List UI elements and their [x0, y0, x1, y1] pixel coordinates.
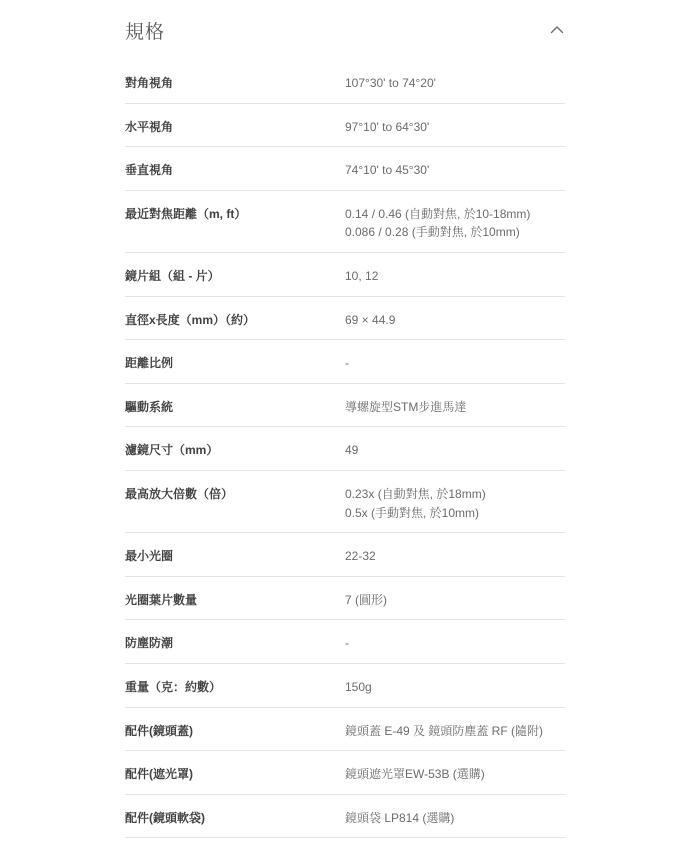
spec-section-header[interactable]: 規格 [125, 14, 565, 46]
spec-label: 濾鏡尺寸（mm） [125, 441, 345, 460]
spec-value: 150g [345, 678, 372, 697]
spec-row-accessory-lens-cap: 配件(鏡頭蓋) 鏡頭蓋 E-49 及 鏡頭防塵蓋 RF (隨附) [125, 708, 565, 752]
spec-value: - [345, 634, 349, 653]
spec-label: 垂直視角 [125, 161, 345, 180]
spec-value: 7 (圓形) [345, 591, 387, 610]
spec-value: 97°10' to 64°30' [345, 118, 429, 137]
spec-label: 配件(鏡頭蓋) [125, 722, 345, 741]
spec-row-accessory-lens-hood: 配件(遮光罩) 鏡頭遮光罩EW-53B (選購) [125, 751, 565, 795]
spec-row-min-aperture: 最小光圈 22-32 [125, 533, 565, 577]
spec-label: 對角視角 [125, 74, 345, 93]
spec-label: 驅動系統 [125, 398, 345, 417]
spec-label: 鏡片組（組 - 片） [125, 267, 345, 286]
section-title: 規格 [125, 17, 165, 44]
spec-row-distance-scale: 距離比例 - [125, 340, 565, 384]
spec-value: 107°30' to 74°20' [345, 74, 436, 93]
spec-section: 規格 對角視角 107°30' to 74°20' 水平視角 97°10' to… [125, 0, 565, 838]
spec-value: 鏡頭袋 LP814 (選購) [345, 809, 454, 828]
spec-row-lens-construction: 鏡片組（組 - 片） 10, 12 [125, 253, 565, 297]
spec-label: 重量（克：約數） [125, 678, 345, 697]
spec-label: 防塵防潮 [125, 634, 345, 653]
spec-label: 最近對焦距離（m, ft） [125, 205, 345, 224]
spec-value: 0.14 / 0.46 (自動對焦, 於10-18mm) 0.086 / 0.2… [345, 205, 530, 242]
chevron-up-icon[interactable] [549, 22, 565, 38]
spec-label: 最小光圈 [125, 547, 345, 566]
spec-value: 導螺旋型STM步進馬達 [345, 398, 466, 417]
spec-row-drive-system: 驅動系統 導螺旋型STM步進馬達 [125, 384, 565, 428]
spec-value: 49 [345, 441, 358, 460]
spec-row-vertical-angle: 垂直視角 74°10' to 45°30' [125, 147, 565, 191]
spec-row-max-magnification: 最高放大倍數（倍） 0.23x (自動對焦, 於18mm) 0.5x (手動對焦… [125, 471, 565, 533]
spec-value: 0.23x (自動對焦, 於18mm) 0.5x (手動對焦, 於10mm) [345, 485, 486, 522]
spec-table: 對角視角 107°30' to 74°20' 水平視角 97°10' to 64… [125, 60, 565, 838]
spec-label: 水平視角 [125, 118, 345, 137]
spec-row-dust-moisture-resistance: 防塵防潮 - [125, 620, 565, 664]
spec-row-weight: 重量（克：約數） 150g [125, 664, 565, 708]
spec-value: 鏡頭遮光罩EW-53B (選購) [345, 765, 485, 784]
spec-label: 距離比例 [125, 354, 345, 373]
spec-row-accessory-lens-pouch: 配件(鏡頭軟袋) 鏡頭袋 LP814 (選購) [125, 795, 565, 839]
spec-value: 10, 12 [345, 267, 378, 286]
spec-row-aperture-blades: 光圈葉片數量 7 (圓形) [125, 577, 565, 621]
spec-label: 直徑x長度（mm）（約） [125, 311, 345, 330]
spec-label: 最高放大倍數（倍） [125, 485, 345, 504]
spec-value: - [345, 354, 349, 373]
spec-value: 22-32 [345, 547, 376, 566]
spec-label: 配件(鏡頭軟袋) [125, 809, 345, 828]
spec-row-horizontal-angle: 水平視角 97°10' to 64°30' [125, 104, 565, 148]
spec-label: 配件(遮光罩) [125, 765, 345, 784]
spec-row-closest-focusing-distance: 最近對焦距離（m, ft） 0.14 / 0.46 (自動對焦, 於10-18m… [125, 191, 565, 253]
spec-value: 69 × 44.9 [345, 311, 395, 330]
spec-row-diagonal-angle: 對角視角 107°30' to 74°20' [125, 60, 565, 104]
spec-row-diameter-length: 直徑x長度（mm）（約） 69 × 44.9 [125, 297, 565, 341]
spec-row-filter-size: 濾鏡尺寸（mm） 49 [125, 427, 565, 471]
spec-label: 光圈葉片數量 [125, 591, 345, 610]
spec-value: 74°10' to 45°30' [345, 161, 429, 180]
spec-value: 鏡頭蓋 E-49 及 鏡頭防塵蓋 RF (隨附) [345, 722, 543, 741]
